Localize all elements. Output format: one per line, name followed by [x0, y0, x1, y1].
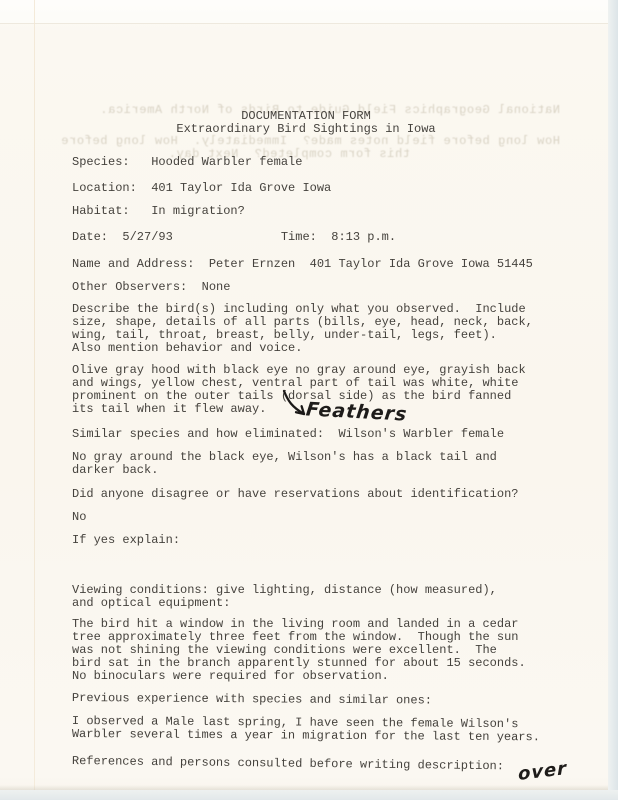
- previous-experience-prompt: Previous experience with species and sim…: [72, 692, 432, 708]
- scanner-edge-bottom: [0, 790, 618, 800]
- form-title: DOCUMENTATION FORM Extraordinary Bird Si…: [0, 110, 612, 136]
- handwritten-feathers-note: Feathers: [305, 398, 409, 425]
- disagree-answer: No: [72, 511, 86, 524]
- if-yes-prompt: If yes explain:: [72, 534, 180, 547]
- scanner-edge-right: [608, 0, 618, 800]
- similar-species-detail: No gray around the black eye, Wilson's h…: [72, 451, 497, 477]
- describe-prompt: Describe the bird(s) including only what…: [72, 303, 533, 355]
- similar-species-line: Similar species and how eliminated: Wils…: [72, 428, 504, 441]
- viewing-conditions-prompt: Viewing conditions: give lighting, dista…: [72, 584, 497, 610]
- field-location: Location: 401 Taylor Ida Grove Iowa: [72, 182, 331, 195]
- disagree-question: Did anyone disagree or have reservations…: [72, 488, 518, 501]
- field-other-observers: Other Observers: None: [72, 281, 230, 294]
- viewing-conditions-text: The bird hit a window in the living room…: [72, 618, 526, 683]
- previous-experience-text: I observed a Male last spring, I have se…: [72, 715, 540, 744]
- document-scan: National Geographics Field Guide to Bird…: [0, 0, 618, 800]
- horizontal-crease: [0, 23, 618, 24]
- field-name-address: Name and Address: Peter Ernzen 401 Taylo…: [72, 258, 533, 271]
- field-date-time: Date: 5/27/93 Time: 8:13 p.m.: [72, 231, 396, 244]
- references-prompt: References and persons consulted before …: [72, 755, 504, 773]
- paper-top-band: [0, 0, 618, 23]
- field-species: Species: Hooded Warbler female: [72, 156, 302, 169]
- handwritten-over-note: over: [518, 758, 567, 785]
- field-habitat: Habitat: In migration?: [72, 205, 245, 218]
